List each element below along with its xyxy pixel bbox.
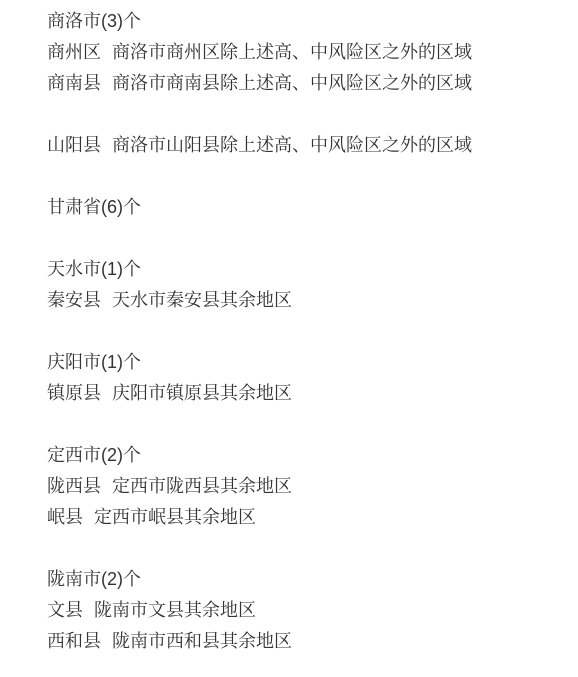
entry-line: 西和县陇南市西和县其余地区 [47, 626, 578, 657]
group-header: 庆阳市(1)个 [47, 347, 578, 378]
group-header: 天水市(1)个 [47, 254, 578, 285]
area-description: 定西市陇西县其余地区 [112, 476, 292, 496]
area-description: 商洛市商州区除上述高、中风险区之外的区域 [112, 42, 472, 62]
blank-line [47, 533, 578, 564]
group-header: 陇南市(2)个 [47, 564, 578, 595]
county-name: 西和县 [47, 631, 101, 651]
county-name: 陇西县 [47, 476, 101, 496]
blank-line [47, 161, 578, 192]
group-header: 定西市(2)个 [47, 440, 578, 471]
county-name: 山阳县 [47, 135, 101, 155]
entry-line: 陇西县定西市陇西县其余地区 [47, 471, 578, 502]
area-description: 商洛市商南县除上述高、中风险区之外的区域 [112, 73, 472, 93]
province-header: 甘肃省(6)个 [47, 192, 578, 223]
area-description: 陇南市西和县其余地区 [112, 631, 292, 651]
entry-line: 商州区商洛市商州区除上述高、中风险区之外的区域 [47, 37, 578, 68]
county-name: 秦安县 [47, 290, 101, 310]
entry-line: 山阳县商洛市山阳县除上述高、中风险区之外的区域 [47, 130, 578, 161]
blank-line [47, 316, 578, 347]
county-name: 镇原县 [47, 383, 101, 403]
area-description: 天水市秦安县其余地区 [112, 290, 292, 310]
entry-line: 商南县商洛市商南县除上述高、中风险区之外的区域 [47, 68, 578, 99]
county-name: 文县 [47, 600, 83, 620]
group-header: 商洛市(3)个 [47, 6, 578, 37]
area-description: 庆阳市镇原县其余地区 [112, 383, 292, 403]
area-description: 定西市岷县其余地区 [94, 507, 256, 527]
blank-line [47, 409, 578, 440]
blank-line [47, 99, 578, 130]
blank-line [47, 223, 578, 254]
entry-line: 镇原县庆阳市镇原县其余地区 [47, 378, 578, 409]
entry-line: 岷县定西市岷县其余地区 [47, 502, 578, 533]
risk-area-document: 商洛市(3)个 商州区商洛市商州区除上述高、中风险区之外的区域 商南县商洛市商南… [0, 0, 578, 677]
area-description: 商洛市山阳县除上述高、中风险区之外的区域 [112, 135, 472, 155]
county-name: 商州区 [47, 42, 101, 62]
county-name: 岷县 [47, 507, 83, 527]
entry-line: 文县陇南市文县其余地区 [47, 595, 578, 626]
entry-line: 秦安县天水市秦安县其余地区 [47, 285, 578, 316]
county-name: 商南县 [47, 73, 101, 93]
area-description: 陇南市文县其余地区 [94, 600, 256, 620]
